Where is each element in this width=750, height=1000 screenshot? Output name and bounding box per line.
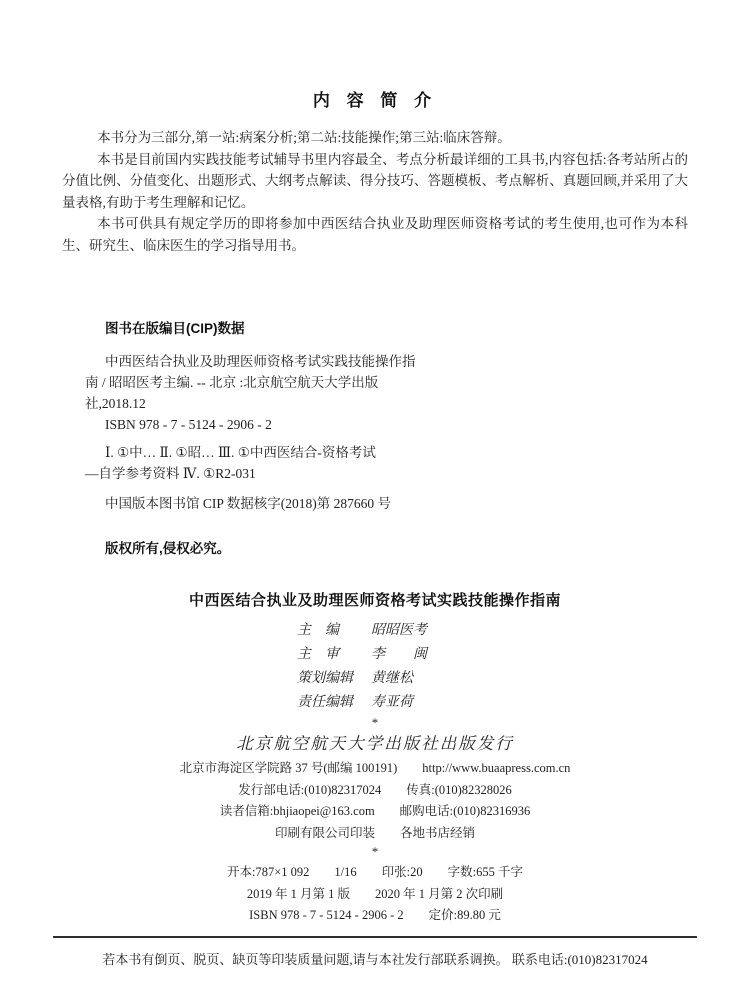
- credit-row: 主 审 李 闽: [0, 643, 750, 667]
- credit-role: 责任编辑: [297, 691, 357, 715]
- publisher-info: 北京市海淀区学院路 37 号(邮编 100191) http://www.bua…: [0, 758, 750, 844]
- intro-paragraph: 本书可供具有规定学历的即将参加中西医结合执业及助理医师资格考试的考生使用,也可作…: [62, 213, 688, 256]
- credits-list: 主 编 昭昭医考 主 审 李 闽 策划编辑 黄继松 责任编辑 寿亚荷: [0, 619, 750, 715]
- section-separator-star: *: [0, 844, 750, 860]
- intro-body: 本书分为三部分,第一站:病案分析;第二站:技能操作;第三站:临床答辩。 本书是目…: [62, 127, 688, 256]
- credit-role: 主 编: [297, 619, 357, 643]
- cip-classification: Ⅰ. ①中… Ⅱ. ①昭… Ⅲ. ①中西医结合-资格考试 —自学参考资料 Ⅳ. …: [85, 442, 465, 484]
- publisher-address-line: 北京市海淀区学院路 37 号(邮编 100191) http://www.bua…: [0, 758, 750, 780]
- intro-paragraph: 本书是目前国内实践技能考试辅导书里内容最全、考点分析最详细的工具书,内容包括:各…: [62, 149, 688, 214]
- cip-record-line: 南 / 昭昭医考主编. -- 北京 :北京航空航天大学出版: [85, 372, 465, 393]
- credit-name: 黄继松: [371, 667, 453, 691]
- cip-class-line: Ⅰ. ①中… Ⅱ. ①昭… Ⅲ. ①中西医结合-资格考试: [85, 442, 465, 463]
- colophon: 中西医结合执业及助理医师资格考试实践技能操作指南 主 编 昭昭医考 主 审 李 …: [0, 588, 750, 927]
- cip-record-line: 中西医结合执业及助理医师资格考试实践技能操作指: [85, 351, 465, 372]
- print-specs: 开本:787×1 092 1/16 印张:20 字数:655 千字 2019 年…: [0, 862, 750, 927]
- publisher-phone-line: 发行部电话:(010)82317024 传真:(010)82328026: [0, 780, 750, 802]
- cip-record: 中西医结合执业及助理医师资格考试实践技能操作指 南 / 昭昭医考主编. -- 北…: [85, 351, 465, 435]
- printing-distribution-line: 印刷有限公司印装 各地书店经销: [0, 823, 750, 845]
- book-title: 中西医结合执业及助理医师资格考试实践技能操作指南: [0, 588, 750, 614]
- copyright-page: 内 容 简 介 本书分为三部分,第一站:病案分析;第二站:技能操作;第三站:临床…: [0, 0, 750, 1000]
- intro-title: 内 容 简 介: [0, 0, 750, 111]
- cip-header: 图书在版编目(CIP)数据: [105, 318, 465, 339]
- credit-name: 昭昭医考: [371, 619, 453, 643]
- edition-line: 2019 年 1 月第 1 版 2020 年 1 月第 2 次印刷: [0, 884, 750, 906]
- copyright-notice: 版权所有,侵权必究。: [105, 537, 750, 557]
- section-separator-star: *: [0, 715, 750, 731]
- credit-name: 寿亚荷: [371, 691, 453, 715]
- credit-role: 主 审: [297, 643, 357, 667]
- cip-record-line: 社,2018.12: [85, 393, 465, 414]
- credit-row: 策划编辑 黄继松: [0, 667, 750, 691]
- cip-class-line: —自学参考资料 Ⅳ. ①R2-031: [85, 463, 465, 484]
- cip-isbn-line: ISBN 978 - 7 - 5124 - 2906 - 2: [85, 414, 465, 435]
- quality-note: 若本书有倒页、脱页、缺页等印装质量问题,请与本社发行部联系调换。 联系电话:(0…: [0, 949, 750, 968]
- credit-row: 主 编 昭昭医考: [0, 619, 750, 643]
- intro-paragraph: 本书分为三部分,第一站:病案分析;第二站:技能操作;第三站:临床答辩。: [62, 127, 688, 149]
- footer-divider: [53, 936, 697, 938]
- publisher-line: 北京航空航天大学出版社出版发行: [0, 732, 750, 756]
- format-line: 开本:787×1 092 1/16 印张:20 字数:655 千字: [0, 862, 750, 884]
- cip-block: 图书在版编目(CIP)数据 中西医结合执业及助理医师资格考试实践技能操作指 南 …: [85, 318, 465, 514]
- credit-name: 李 闽: [371, 643, 453, 667]
- isbn-price-line: ISBN 978 - 7 - 5124 - 2906 - 2 定价:89.80 …: [0, 905, 750, 927]
- credit-role: 策划编辑: [297, 667, 357, 691]
- credit-row: 责任编辑 寿亚荷: [0, 691, 750, 715]
- publisher-mail-line: 读者信箱:bhjiaopei@163.com 邮购电话:(010)8231693…: [0, 801, 750, 823]
- cip-registry-number: 中国版本图书馆 CIP 数据核字(2018)第 287660 号: [85, 493, 465, 514]
